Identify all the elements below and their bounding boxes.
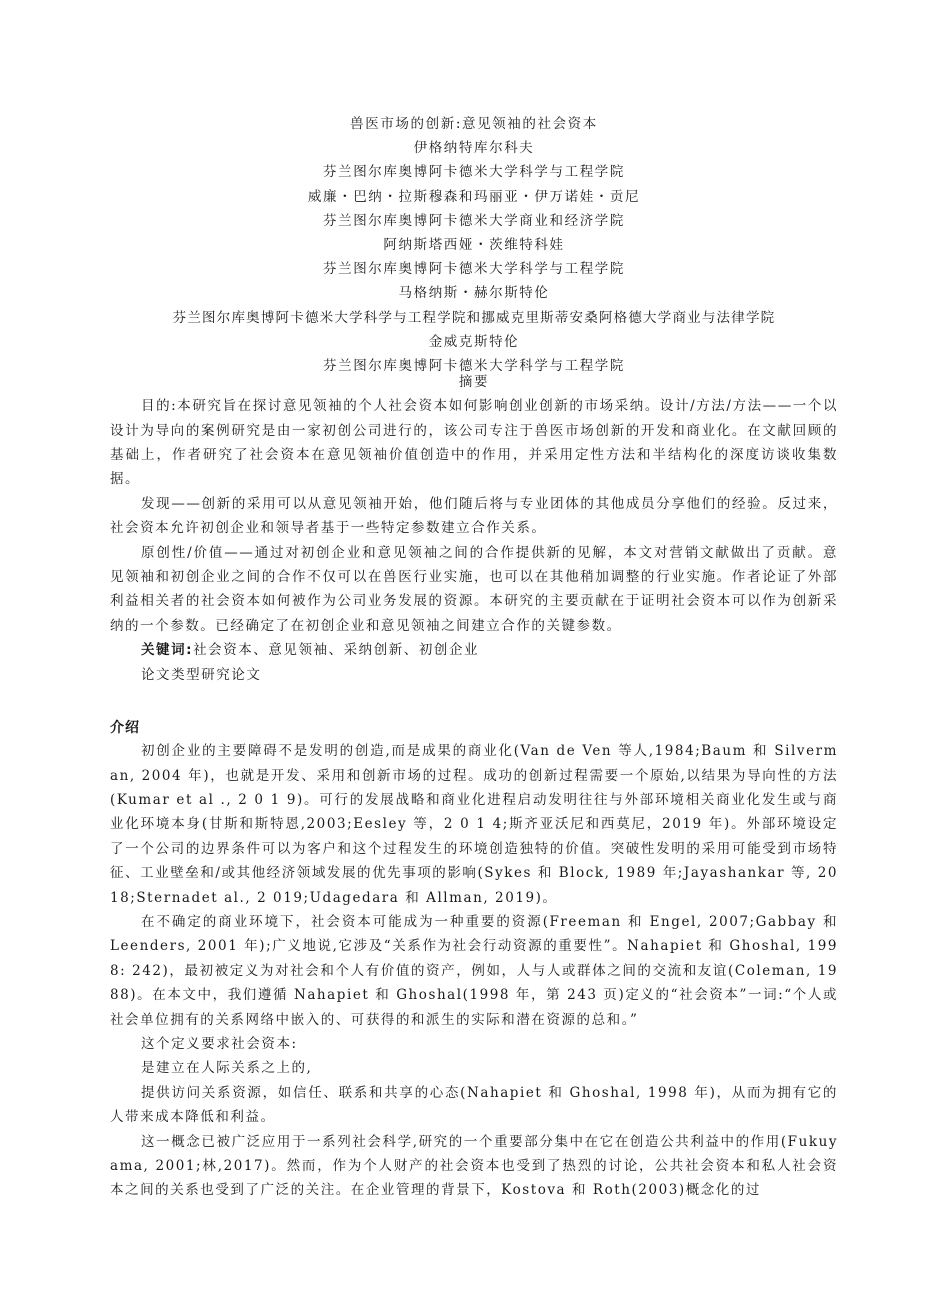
abstract-purpose: 目的:本研究旨在探讨意见领袖的个人社会资本如何影响创业创新的市场采纳。设计/方法… [110, 394, 838, 492]
abstract-heading: 摘要 [110, 374, 838, 390]
intro-paragraph: 初创企业的主要障碍不是发明的创造,而是成果的商业化(Van de Ven 等人,… [110, 739, 838, 910]
paper-type: 论文类型研究论文 [110, 663, 838, 687]
abstract-findings: 发现——创新的采用可以从意见领袖开始，他们随后将与专业团体的其他成员分享他们的经… [110, 492, 838, 541]
author-affiliation: 芬兰图尔库奥博阿卡德米大学科学与工程学院 [110, 257, 838, 281]
author-affiliation: 芬兰图尔库奥博阿卡德米大学科学与工程学院 [110, 160, 838, 184]
intro-paragraph: 提供访问关系资源，如信任、联系和共享的心态(Nahapiet 和 Ghoshal… [110, 1081, 838, 1130]
keywords-value: 社会资本、意见领袖、采纳创新、初创企业 [193, 642, 479, 658]
author-name: 威廉・巴纳・拉斯穆森和玛丽亚・伊万诺娃・贡尼 [110, 185, 838, 209]
author-name: 金威克斯特伦 [110, 330, 838, 354]
abstract-originality: 原创性/价值——通过对初创企业和意见领袖之间的合作提供新的见解，本文对营销文献做… [110, 541, 838, 639]
keywords-line: 关键词:社会资本、意见领袖、采纳创新、初创企业 [110, 638, 838, 662]
keywords-label: 关键词: [141, 642, 193, 658]
intro-paragraph: 这个定义要求社会资本: [110, 1032, 838, 1056]
author-name: 阿纳斯塔西娅・茨维特科娃 [110, 233, 838, 257]
author-affiliation: 芬兰图尔库奥博阿卡德米大学科学与工程学院和挪威克里斯蒂安桑阿格德大学商业与法律学… [110, 306, 838, 330]
author-affiliation: 芬兰图尔库奥博阿卡德米大学商业和经济学院 [110, 209, 838, 233]
intro-paragraph: 这一概念已被广泛应用于一系列社会科学,研究的一个重要部分集中在它在创造公共利益中… [110, 1130, 838, 1203]
author-name: 马格纳斯・赫尔斯特伦 [110, 281, 838, 305]
intro-paragraph: 是建立在人际关系之上的, [110, 1056, 838, 1080]
section-heading-introduction: 介绍 [110, 717, 838, 739]
paper-page: 兽医市场的创新:意见领袖的社会资本 伊格纳特库尔科夫 芬兰图尔库奥博阿卡德米大学… [110, 112, 838, 1203]
author-name: 伊格纳特库尔科夫 [110, 136, 838, 160]
paper-title: 兽医市场的创新:意见领袖的社会资本 [110, 112, 838, 136]
intro-paragraph: 在不确定的商业环境下，社会资本可能成为一种重要的资源(Freeman 和 Eng… [110, 910, 838, 1032]
